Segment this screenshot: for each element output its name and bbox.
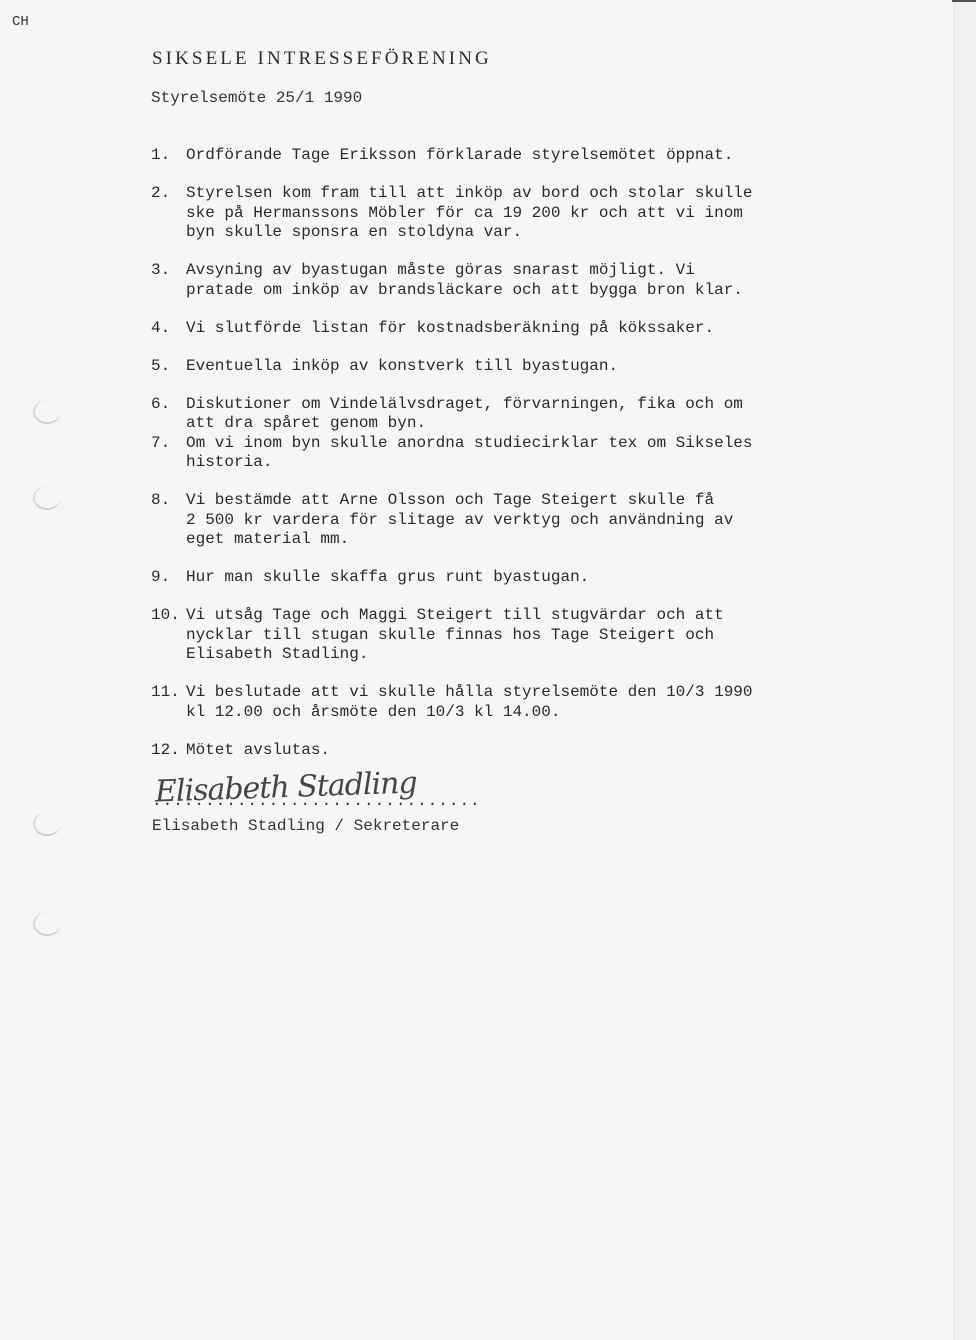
minutes-item: 2.Styrelsen kom fram till att inköp av b… bbox=[151, 184, 891, 243]
item-text: Om vi inom byn skulle anordna studiecirk… bbox=[186, 434, 753, 473]
item-number: 4. bbox=[151, 319, 186, 339]
item-text: Hur man skulle skaffa grus runt byastuga… bbox=[186, 568, 589, 588]
minutes-item: 10.Vi utsåg Tage och Maggi Steigert till… bbox=[151, 606, 891, 665]
item-number: 3. bbox=[151, 261, 186, 300]
minutes-item: 4.Vi slutförde listan för kostnadsberäkn… bbox=[151, 319, 891, 339]
minutes-item: 9.Hur man skulle skaffa grus runt byastu… bbox=[151, 568, 891, 588]
item-text: Vi beslutade att vi skulle hålla styrels… bbox=[186, 683, 753, 722]
item-text: Mötet avslutas. bbox=[186, 741, 330, 761]
minutes-item: 6.Diskutioner om Vindelälvsdraget, förva… bbox=[151, 395, 891, 434]
item-text: Vi slutförde listan för kostnadsberäknin… bbox=[186, 319, 714, 339]
punch-hole bbox=[33, 400, 61, 424]
minutes-item: 8.Vi bestämde att Arne Olsson och Tage S… bbox=[151, 491, 891, 550]
punch-hole bbox=[33, 486, 61, 510]
item-text: Vi bestämde att Arne Olsson och Tage Ste… bbox=[186, 491, 733, 550]
item-number: 12. bbox=[151, 741, 186, 761]
item-number: 10. bbox=[151, 606, 186, 665]
item-number: 9. bbox=[151, 568, 186, 588]
item-number: 5. bbox=[151, 357, 186, 377]
item-text: Vi utsåg Tage och Maggi Steigert till st… bbox=[186, 606, 724, 665]
item-text: Styrelsen kom fram till att inköp av bor… bbox=[186, 184, 753, 243]
minutes-list: 1.Ordförande Tage Eriksson förklarade st… bbox=[151, 146, 891, 779]
minutes-item: 5.Eventuella inköp av konstverk till bya… bbox=[151, 357, 891, 377]
minutes-item: 3.Avsyning av byastugan måste göras snar… bbox=[151, 261, 891, 300]
item-number: 1. bbox=[151, 146, 186, 166]
signature-dotted-line: ............................... bbox=[152, 792, 481, 810]
meeting-subtitle: Styrelsemöte 25/1 1990 bbox=[151, 89, 362, 107]
minutes-item: 7.Om vi inom byn skulle anordna studieci… bbox=[151, 434, 891, 473]
minutes-item: 11.Vi beslutade att vi skulle hålla styr… bbox=[151, 683, 891, 722]
item-number: 11. bbox=[151, 683, 186, 722]
item-text: Diskutioner om Vindelälvsdraget, förvarn… bbox=[186, 395, 743, 434]
signer-name-title: Elisabeth Stadling / Sekreterare bbox=[152, 817, 459, 835]
punch-hole bbox=[33, 912, 61, 936]
document-title: SIKSELE INTRESSEFÖRENING bbox=[152, 48, 492, 70]
minutes-item: 12.Mötet avslutas. bbox=[151, 741, 891, 761]
item-number: 7. bbox=[151, 434, 186, 473]
item-number: 8. bbox=[151, 491, 186, 550]
item-text: Avsyning av byastugan måste göras snaras… bbox=[186, 261, 743, 300]
page-edge bbox=[954, 0, 976, 1340]
minutes-item: 1.Ordförande Tage Eriksson förklarade st… bbox=[151, 146, 891, 166]
item-number: 2. bbox=[151, 184, 186, 243]
scan-mark bbox=[952, 0, 976, 2]
item-text: Eventuella inköp av konstverk till byast… bbox=[186, 357, 618, 377]
punch-hole bbox=[33, 812, 61, 836]
item-number: 6. bbox=[151, 395, 186, 434]
item-text: Ordförande Tage Eriksson förklarade styr… bbox=[186, 146, 733, 166]
corner-code: CH bbox=[12, 14, 29, 30]
